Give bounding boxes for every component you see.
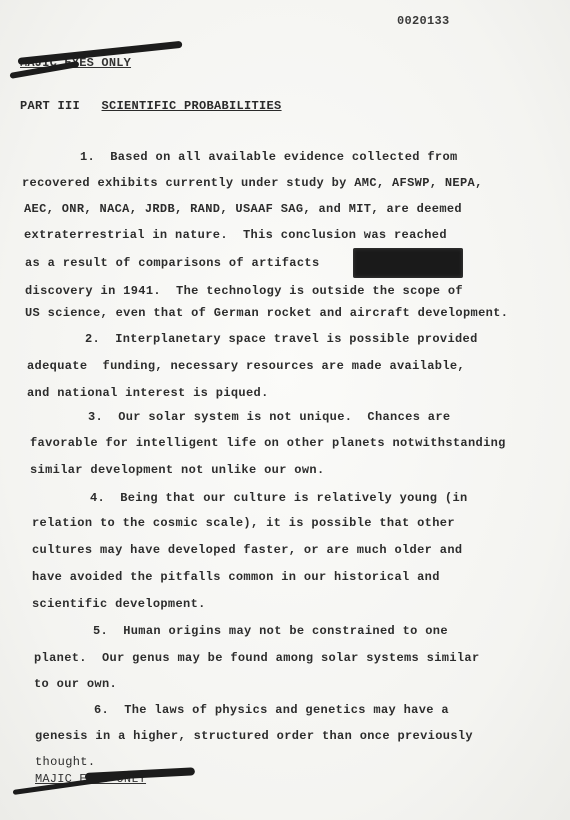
- part-label: PART III: [20, 99, 80, 113]
- body-line: planet. Our genus may be found among sol…: [34, 651, 480, 665]
- body-line: adequate funding, necessary resources ar…: [27, 359, 465, 373]
- body-line: 5. Human origins may not be constrained …: [93, 624, 448, 638]
- body-line: recovered exhibits currently under study…: [22, 176, 483, 190]
- body-line: discovery in 1941. The technology is out…: [25, 284, 463, 298]
- body-line: thought.: [35, 755, 95, 769]
- body-line: favorable for intelligent life on other …: [30, 436, 506, 450]
- body-line: 6. The laws of physics and genetics may …: [94, 703, 449, 717]
- body-line: genesis in a higher, structured order th…: [35, 729, 473, 743]
- body-line: have avoided the pitfalls common in our …: [32, 570, 440, 584]
- body-line: extraterrestrial in nature. This conclus…: [24, 228, 447, 242]
- redaction-box: [353, 248, 463, 278]
- part-title: SCIENTIFIC PROBABILITIES: [102, 99, 282, 113]
- body-line: similar development not unlike our own.: [30, 463, 325, 477]
- body-line: 2. Interplanetary space travel is possib…: [85, 332, 478, 346]
- body-line: as a result of comparisons of artifacts: [25, 256, 320, 270]
- body-line: AEC, ONR, NACA, JRDB, RAND, USAAF SAG, a…: [24, 202, 462, 216]
- body-line: 1. Based on all available evidence colle…: [80, 150, 458, 164]
- section-heading: PART III SCIENTIFIC PROBABILITIES: [20, 99, 282, 113]
- body-line: US science, even that of German rocket a…: [25, 306, 508, 320]
- body-line: to our own.: [34, 677, 117, 691]
- body-line: 4. Being that our culture is relatively …: [90, 491, 468, 505]
- body-line: cultures may have developed faster, or a…: [32, 543, 462, 557]
- document-number: 0020133: [397, 14, 450, 28]
- body-line: scientific development.: [32, 597, 206, 611]
- body-line: and national interest is piqued.: [27, 386, 269, 400]
- body-line: 3. Our solar system is not unique. Chanc…: [88, 410, 450, 424]
- document-page: 0020133 MAJIC EYES ONLY PART III SCIENTI…: [0, 0, 570, 820]
- body-line: relation to the cosmic scale), it is pos…: [32, 516, 455, 530]
